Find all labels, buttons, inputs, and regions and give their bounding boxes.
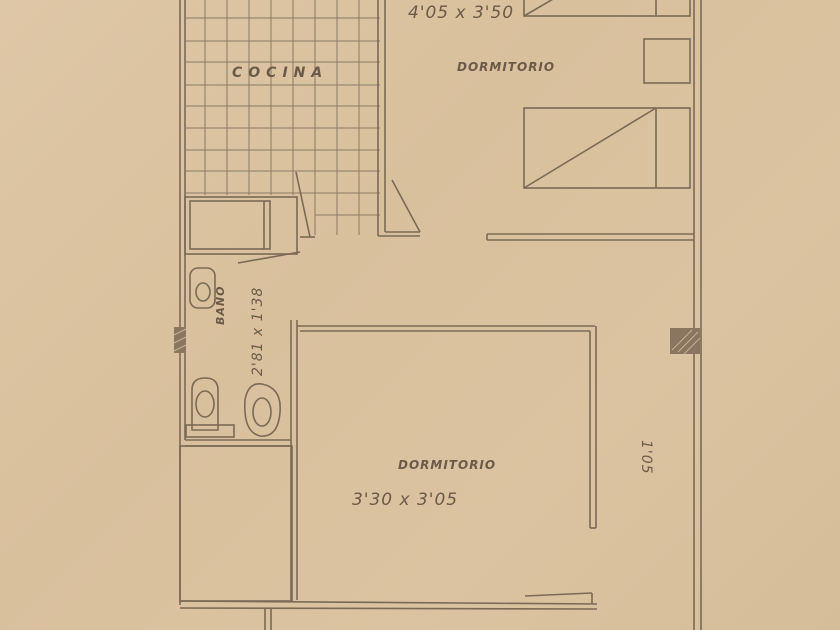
room-label-bedroom-2: DORMITORIO <box>398 458 496 472</box>
floor-plan-sheet: COCINA DORMITORIO 4'05 x 3'50 BAÑO 2'81 … <box>0 0 840 630</box>
floor-plan-drawing <box>0 0 840 630</box>
room-dimensions-bedroom-1: 4'05 x 3'50 <box>408 3 514 23</box>
room-dimensions-bathroom: 2'81 x 1'38 <box>250 287 266 376</box>
room-label-bedroom-1: DORMITORIO <box>457 60 555 74</box>
dimension-annotation: 1'05 <box>638 440 654 475</box>
kitchen-tile-grid <box>185 0 380 235</box>
column-right-icon <box>670 328 700 354</box>
column-left-icon <box>174 327 186 353</box>
room-label-bathroom: BAÑO <box>214 286 227 325</box>
room-dimensions-bedroom-2: 3'30 x 3'05 <box>352 490 458 510</box>
room-label-kitchen: COCINA <box>232 65 328 81</box>
